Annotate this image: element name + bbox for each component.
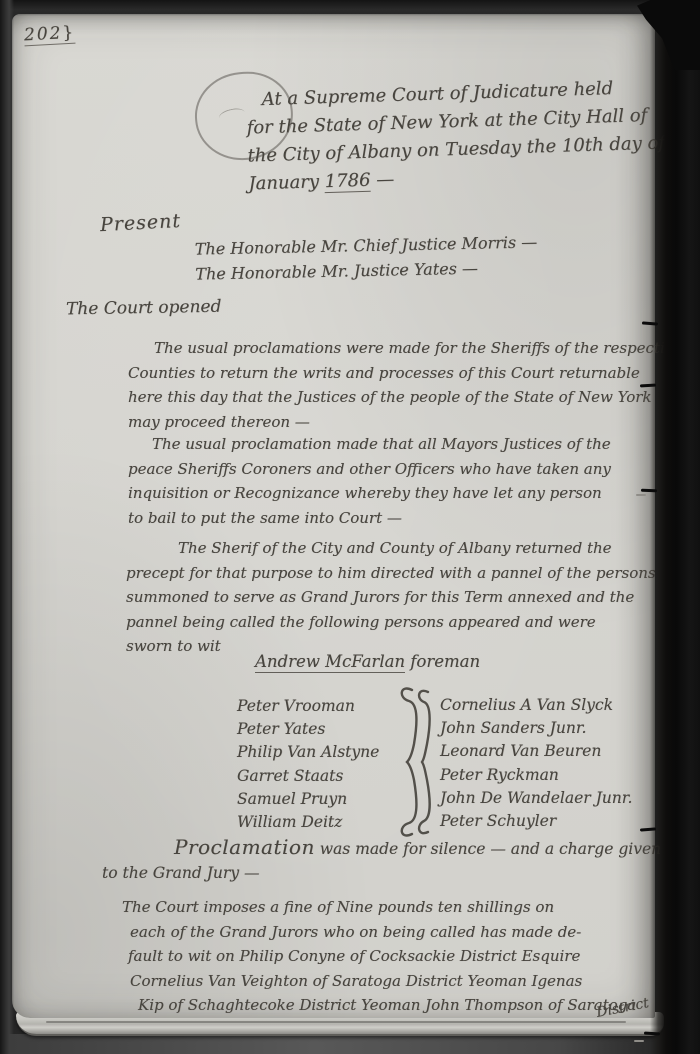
paragraph-line: The usual proclamations were made for th… [128, 336, 682, 361]
officers-paragraph: The usual proclamation made that all May… [128, 432, 611, 530]
paragraph-line: may proceed thereon — [128, 410, 682, 435]
paragraph-line: each of the Grand Jurors who on being ca… [118, 920, 636, 945]
juror-name: Peter Schuyler [440, 810, 632, 833]
binding-stitch-icon [634, 1040, 644, 1042]
page-number-brace: } [62, 23, 76, 44]
foreman-name: Andrew McFarlan [255, 652, 405, 673]
paragraph-line: The Court imposes a fine of Nine pounds … [118, 895, 636, 920]
juror-brace-icon [396, 682, 440, 846]
paragraph-line: Kip of Schaghtecoke District Yeoman John… [118, 993, 636, 1018]
silence-proclamation-line-2: to the Grand Jury — [102, 864, 259, 882]
scanned-manuscript-scene: 202} At a Supreme Court of Judicature he… [0, 0, 700, 1054]
proclamations-paragraph: The usual proclamations were made for th… [128, 336, 682, 434]
court-opened-line: The Court opened [66, 297, 222, 320]
page-edge-crease [46, 1021, 626, 1023]
foreman-title: foreman [405, 652, 480, 671]
manuscript-page: 202} At a Supreme Court of Judicature he… [12, 14, 655, 1018]
present-label: Present [99, 210, 181, 236]
page-number: 202} [23, 23, 75, 47]
paragraph-line: to bail to put the same into Court — [128, 506, 611, 531]
juror-list-right: Cornelius A Van Slyck John Sanders Junr.… [440, 694, 632, 833]
paragraph-line: The usual proclamation made that all May… [128, 432, 611, 457]
paragraph-line: summoned to serve as Grand Jurors for th… [126, 585, 656, 610]
paragraph-line: inquisition or Recognizance whereby they… [128, 481, 611, 506]
juror-name: John De Wandelaer Junr. [440, 787, 632, 810]
paragraph-line: Cornelius Van Veighton of Saratoga Distr… [118, 969, 636, 994]
justices-list: The Honorable Mr. Chief Justice Morris —… [195, 229, 538, 286]
heading-month: January [248, 171, 325, 194]
scan-top-shadow [0, 0, 700, 16]
paragraph-line: here this day that the Justices of the p… [128, 385, 682, 410]
paragraph-line: The Sherif of the City and County of Alb… [126, 536, 656, 561]
juror-name: Garret Staats [237, 765, 379, 788]
juror-name: Philip Van Alstyne [237, 741, 379, 764]
binding-stitch-icon [641, 489, 657, 493]
silence-proclamation-line-1: Proclamation was made for silence — and … [174, 835, 661, 859]
paragraph-line: fault to wit on Philip Conyne of Cocksac… [118, 944, 636, 969]
heading-year: 1786 [324, 170, 370, 193]
juror-list-left: Peter Vrooman Peter Yates Philip Van Als… [237, 695, 379, 834]
fine-paragraph: The Court imposes a fine of Nine pounds … [118, 895, 636, 1018]
sheriff-paragraph: The Sherif of the City and County of Alb… [126, 536, 656, 659]
scanner-background [0, 1034, 700, 1054]
court-heading: At a Supreme Court of Judicature held fo… [245, 73, 666, 198]
juror-name: Cornelius A Van Slyck [440, 694, 632, 717]
heading-dash: — [370, 169, 394, 191]
juror-name: Leonard Van Beuren [440, 740, 632, 763]
paragraph-line: peace Sheriffs Coroners and other Office… [128, 457, 611, 482]
proclamation-word: Proclamation [174, 835, 315, 859]
scan-left-shadow [0, 0, 14, 1054]
juror-name: William Deitz [237, 811, 379, 834]
foreman-line: Andrew McFarlan foreman [255, 652, 480, 671]
paragraph-line: Counties to return the writs and process… [128, 361, 682, 386]
paragraph-line: precept for that purpose to him directed… [126, 561, 656, 586]
juror-name: Peter Yates [237, 718, 379, 741]
juror-name: Peter Vrooman [237, 695, 379, 718]
juror-name: Peter Ryckman [440, 764, 632, 787]
binding-stitch-icon [636, 494, 646, 496]
page-number-value: 202 [23, 23, 62, 45]
book-binding-edge [650, 0, 700, 1054]
juror-name: John Sanders Junr. [440, 717, 632, 740]
silence-line-rest: was made for silence — and a charge give… [315, 840, 661, 858]
paragraph-line: pannel being called the following person… [126, 610, 656, 635]
juror-name: Samuel Pruyn [237, 788, 379, 811]
seal-inner-mark [218, 106, 246, 124]
